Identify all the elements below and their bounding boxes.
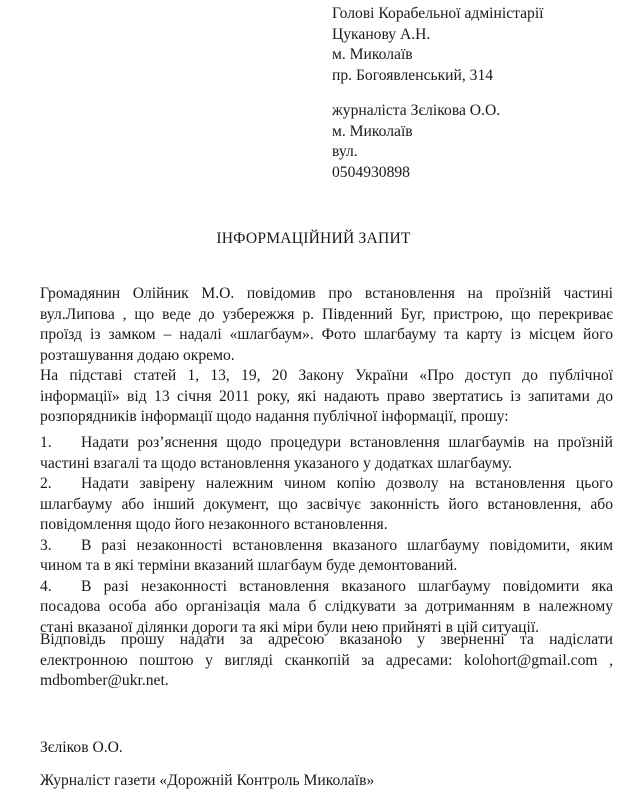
reply-paragraph: Відповідь прошу надати за адресою вказан… — [40, 630, 613, 692]
text-line: розташування додаю окремо. — [40, 346, 613, 367]
recipient-line: Голові Корабельної адміністарії — [332, 4, 622, 25]
intro-paragraph: Громадянин Олійник М.О. повідомив про вс… — [40, 284, 613, 428]
sender-block: журналіста Зєлікова О.О. м. Миколаїв вул… — [332, 101, 622, 183]
item-number: 3. — [40, 536, 81, 557]
text-line: На підставі статей 1, 13, 19, 20 Закону … — [40, 366, 613, 387]
request-item-3: 3.В разі незаконності встановлення вказа… — [40, 536, 613, 577]
text-line: mdbomber@ukr.net. — [40, 671, 613, 692]
text-line: Відповідь прошу надати за адресою вказан… — [40, 630, 613, 651]
recipient-line: м. Миколаїв — [332, 45, 622, 66]
text-line: вул.Липова , що веде до узбережжя р. Пів… — [40, 305, 613, 326]
item-number: 2. — [40, 474, 81, 495]
document-title: ІНФОРМАЦІЙНИЙ ЗАПИТ — [0, 229, 627, 250]
request-item-2: 2.Надати завірену належним чином копію д… — [40, 474, 613, 536]
recipient-block: Голові Корабельної адміністарії Цуканову… — [332, 4, 622, 86]
text-line: проїзд із замком – надалі «шлагбаум». Фо… — [40, 325, 613, 346]
sender-line: журналіста Зєлікова О.О. — [332, 101, 622, 122]
request-item-4: 4.В разі незаконності встановлення вказа… — [40, 577, 613, 639]
sender-line: м. Миколаїв — [332, 122, 622, 143]
request-item-1: 1.Надати роз’яснення щодо процедури вста… — [40, 433, 613, 474]
sender-address-line: вул. — [332, 142, 622, 163]
item-number: 4. — [40, 577, 81, 598]
text-line: електронною поштою у вигляді сканкопій з… — [40, 651, 613, 672]
text-line: розпорядників інформації щодо надання пу… — [40, 407, 613, 428]
text-line: Громадянин Олійник М.О. повідомив про вс… — [40, 284, 613, 305]
recipient-line: пр. Богоявленський, 314 — [332, 66, 622, 87]
signature-position: Журналіст газети «Дорожній Контроль Мико… — [40, 771, 374, 792]
recipient-line: Цуканову А.Н. — [332, 25, 622, 46]
text-line: інформації» від 13 січня 2011 року, які … — [40, 387, 613, 408]
redacted-address — [362, 146, 482, 158]
sender-phone: 0504930898 — [332, 163, 622, 184]
request-list: 1.Надати роз’яснення щодо процедури вста… — [40, 433, 613, 638]
item-number: 1. — [40, 433, 81, 454]
signature-name: Зєліков О.О. — [40, 738, 123, 759]
